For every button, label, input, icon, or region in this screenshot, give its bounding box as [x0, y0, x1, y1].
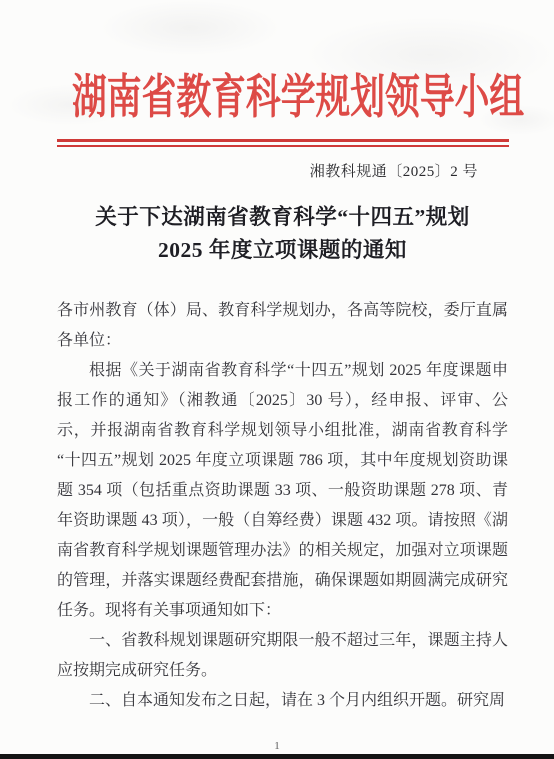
scan-edge-bar: [0, 754, 554, 759]
doc-title-line1: 关于下达湖南省教育科学“十四五”规划: [95, 205, 470, 229]
document-scan: 湖南省教育科学规划领导小组 湘教科规通〔2025〕2 号 关于下达湖南省教育科学…: [0, 0, 554, 759]
body-paragraph: 根据《关于湖南省教育科学“十四五”规划 2025 年度课题申报工作的通知》（湘教…: [57, 356, 508, 626]
doc-title: 关于下达湖南省教育科学“十四五”规划 2025 年度立项课题的通知: [57, 201, 508, 267]
body-paragraph: 一、省教科规划课题研究期限一般不超过三年，课题主持人应按期完成研究任务。: [57, 626, 508, 686]
red-double-rule: [57, 139, 509, 142]
body-paragraph: 二、自本通知发布之日起，请在 3 个月内组织开题。研究周: [57, 686, 508, 716]
org-title: 湖南省教育科学规划领导小组: [72, 70, 482, 126]
document-body: 各市州教育（体）局、教育科学规划办，各高等院校，委厅直属各单位： 根据《关于湖南…: [57, 296, 508, 716]
doc-title-line2: 2025 年度立项课题的通知: [158, 238, 407, 262]
salutation: 各市州教育（体）局、教育科学规划办，各高等院校，委厅直属各单位：: [57, 296, 508, 356]
doc-number: 湘教科规通〔2025〕2 号: [310, 160, 478, 181]
page-number: 1: [0, 740, 554, 752]
